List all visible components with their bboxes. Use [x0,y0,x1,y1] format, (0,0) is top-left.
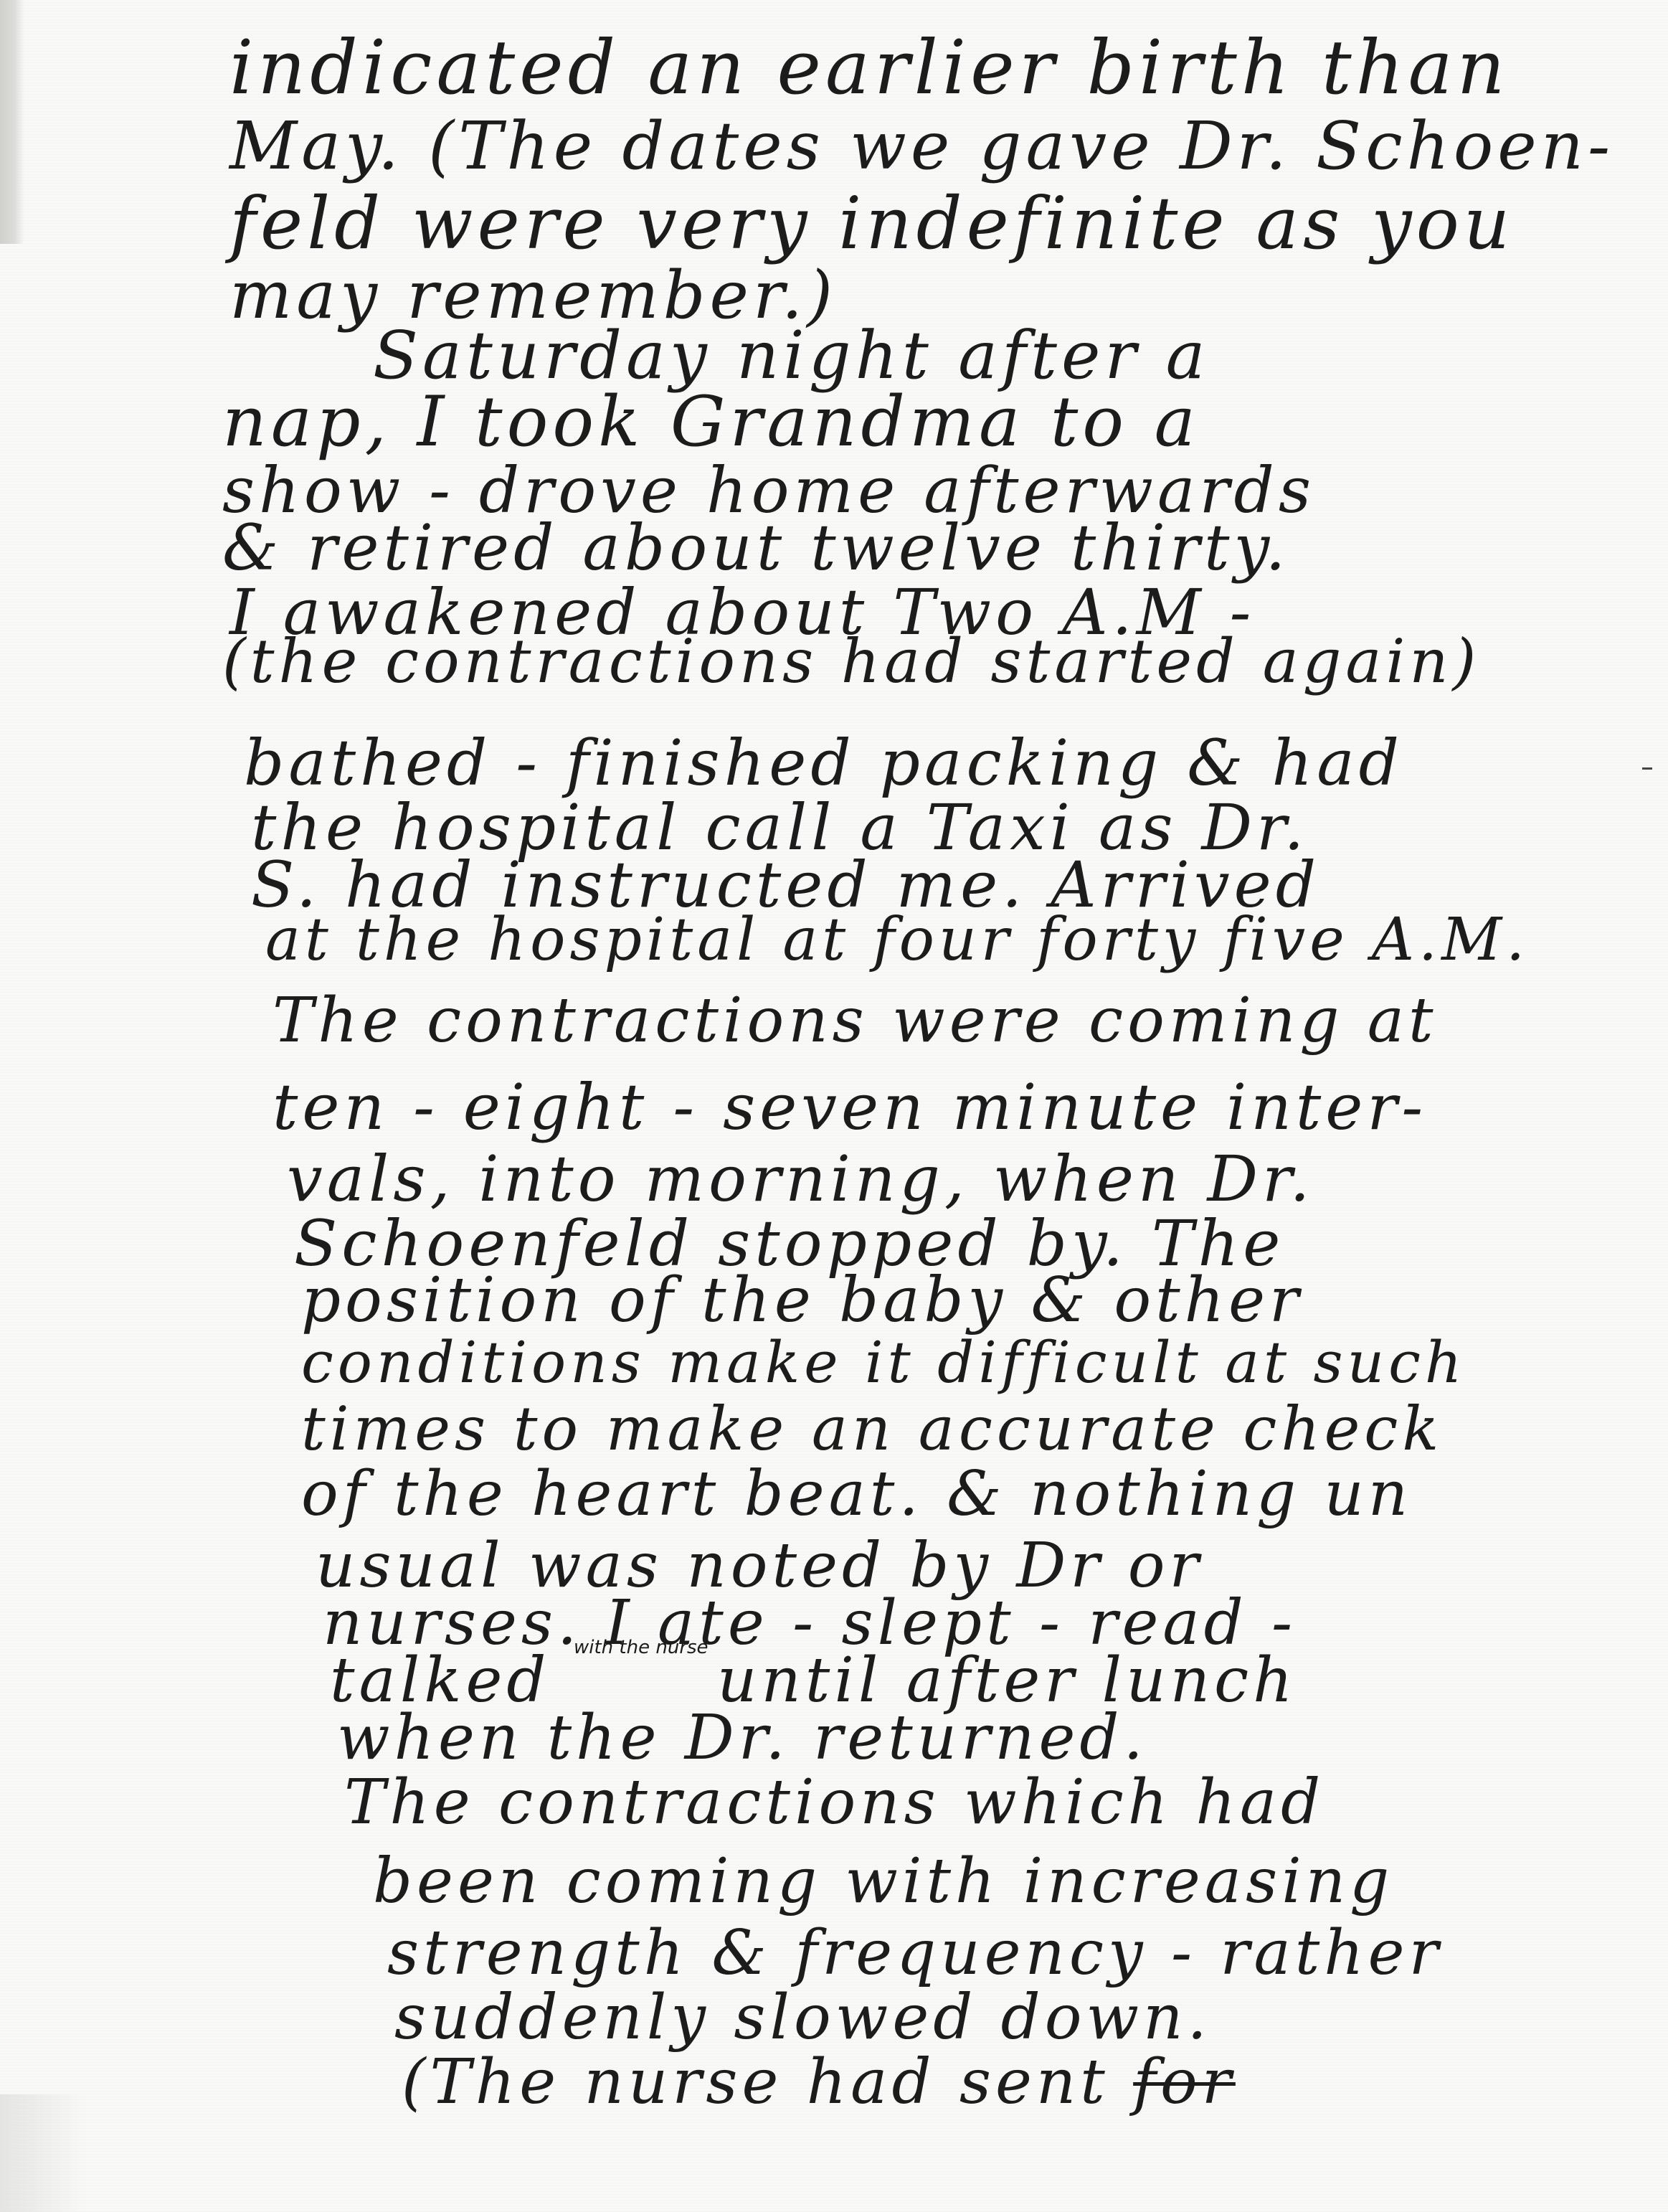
handwritten-line: The contractions which had [344,1772,1325,1833]
handwritten-line: vals, into morning, when Dr. [287,1148,1314,1211]
handwritten-line: nap, I took Grandma to a [222,387,1200,456]
handwritten-line: of the heart beat. & nothing un [301,1463,1412,1525]
handwritten-line: (The nurse had sent for [402,2051,1236,2113]
handwritten-line: conditions make it difficult at such [301,1334,1466,1391]
handwritten-line: May. (The dates we gave Dr. Schoen- [229,113,1614,179]
interlinear-insertion: with the nurse [574,1637,709,1658]
scan-margin-shadow [0,0,24,244]
handwritten-line: suddenly slowed down. [394,1987,1211,2048]
handwritten-line: times to make an accurate check [301,1399,1443,1459]
handwritten-line: (the contractions had started again) [222,631,1480,691]
handwritten-line: The contractions were coming at [273,990,1438,1051]
scan-margin-shadow-bottom [0,2094,86,2212]
handwritten-line: strength & frequency - rather [387,1922,1443,1984]
handwritten-line-text: (The nurse had sent [402,2046,1109,2118]
handwritten-line: feld were very indefinite as you [229,188,1514,260]
handwritten-line: ten - eight - seven minute inter- [273,1076,1427,1139]
handwritten-line: bathed - finished packing & had [244,732,1403,795]
handwritten-line: when the Dr. returned. [337,1707,1147,1769]
handwritten-line: Saturday night after a [373,323,1209,389]
struck-word: for [1133,2046,1236,2118]
handwritten-line: & retired about twelve thirty. [222,516,1289,580]
handwritten-line: at the hospital at four forty five A.M. [265,911,1529,970]
margin-dash [1642,767,1652,770]
handwritten-line: indicated an earlier birth than [229,30,1510,105]
handwritten-line: been coming with increasing [373,1851,1393,1912]
letter-page: indicated an earlier birth than May. (Th… [0,0,1668,2212]
handwritten-line: position of the baby & other [301,1270,1303,1331]
